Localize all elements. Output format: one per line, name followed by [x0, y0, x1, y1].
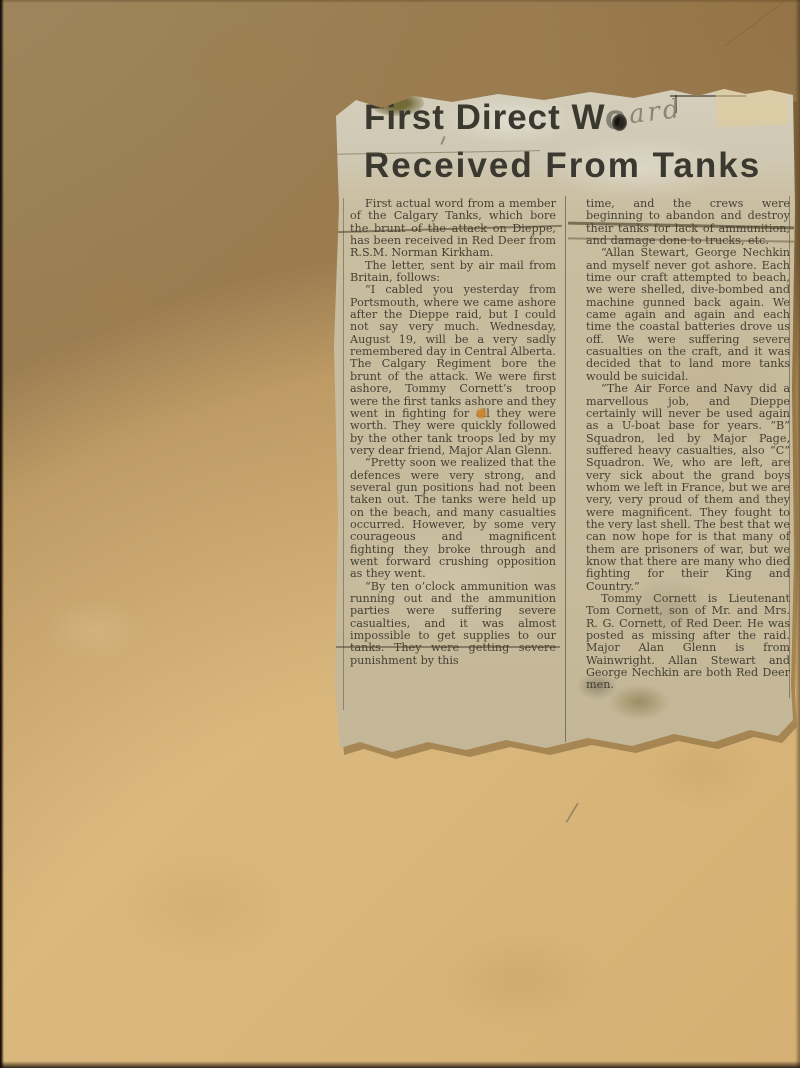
tape-residue	[715, 85, 788, 127]
corner-crease	[724, 0, 800, 47]
article-paragraph: Tommy Cornett is Lieutenant Tom Cornett,…	[586, 593, 790, 692]
page-edge-top	[0, 0, 800, 3]
article-column-1: First actual word from a member of the C…	[350, 198, 556, 692]
headline-line-1: First Direct Woard	[364, 98, 684, 138]
headline-line-2: Received From Tanks	[364, 146, 761, 186]
article-paragraph: “Pretty soon we realized that the defenc…	[350, 457, 556, 580]
top-rule-right	[670, 95, 746, 97]
pencil-slash-mark: /	[567, 797, 593, 829]
article-paragraph: “Allan Stewart, George Nechkin and mysel…	[586, 247, 790, 383]
headline-obscured-letter: o	[605, 98, 627, 137]
top-rule	[438, 89, 606, 91]
column-rule-left	[343, 198, 344, 710]
article-paragraph: First actual word from a member of the C…	[350, 198, 556, 260]
stain-olive-core	[379, 86, 402, 103]
article-paragraph-continuation: time, and the crews were beginning to ab…	[586, 198, 790, 247]
handwritten-word-fragment: ard	[628, 94, 685, 130]
article-paragraph: “By ten o’clock ammunition was running o…	[350, 581, 556, 667]
article-body: First actual word from a member of the C…	[350, 198, 790, 692]
page-edge-bottom	[0, 1061, 800, 1068]
newspaper-clipping: First Direct Woard Received From Tanks F…	[330, 86, 796, 758]
scrapbook-page: First Direct Woard Received From Tanks F…	[0, 0, 800, 1068]
article-paragraph: The letter, sent by air mail from Britai…	[350, 260, 556, 285]
article-paragraph: “I cabled you yesterday from Portsmouth,…	[350, 284, 556, 457]
article-paragraph: “The Air Force and Navy did a marvellous…	[586, 383, 790, 593]
article-column-2: time, and the crews were beginning to ab…	[586, 198, 790, 692]
headline-printed-text: First Direct W	[364, 98, 605, 137]
page-binding-edge	[0, 0, 4, 1068]
